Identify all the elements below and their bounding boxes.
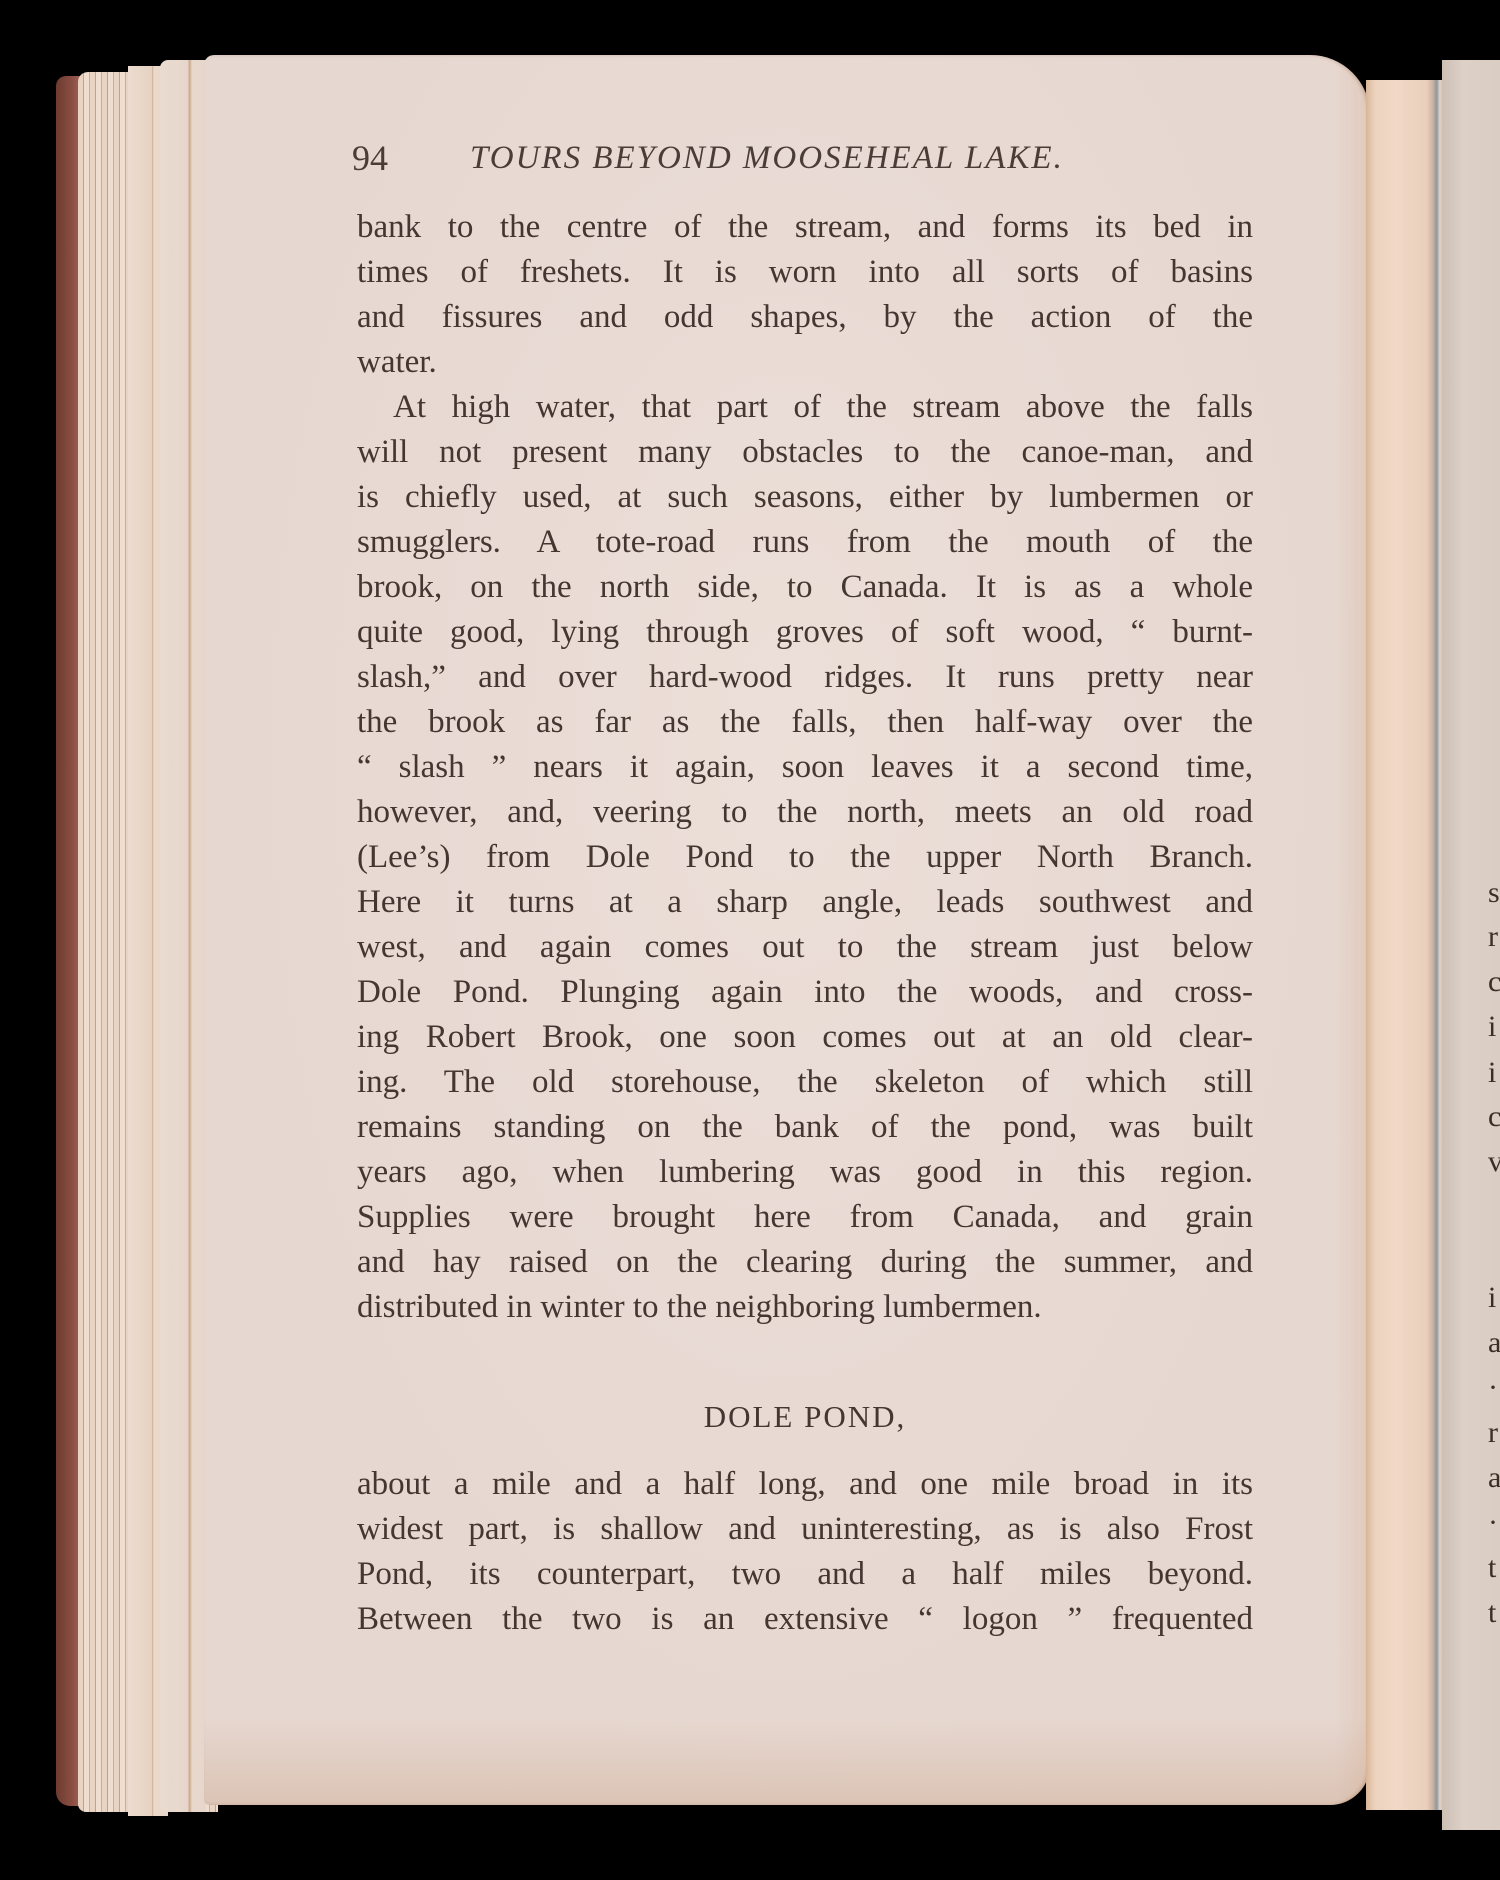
facing-page-letter-fragments: s r c i i c v i a · r a · t t — [1488, 0, 1500, 1880]
text-line: slash,” and over hard-wood ridges. It ru… — [357, 655, 1253, 700]
facing-letter: r — [1488, 922, 1498, 952]
facing-letter: s — [1488, 878, 1500, 908]
running-head: 94 TOURS BEYOND MOOSEHEAL LAKE. — [352, 136, 1252, 180]
section-heading: DOLE POND, — [357, 1395, 1253, 1439]
text-line: widest part, is shallow and uninterestin… — [357, 1507, 1253, 1552]
text-line: will not present many obstacles to the c… — [357, 430, 1253, 475]
facing-letter: v — [1488, 1147, 1500, 1177]
text-line: times of freshets. It is worn into all s… — [357, 250, 1253, 295]
page-number: 94 — [352, 136, 388, 180]
facing-letter: r — [1488, 1418, 1498, 1448]
text-line: ing. The old storehouse, the skeleton of… — [357, 1060, 1253, 1105]
facing-letter: i — [1488, 1012, 1496, 1042]
running-title: TOURS BEYOND MOOSEHEAL LAKE. — [470, 136, 1064, 180]
text-line: is chiefly used, at such seasons, either… — [357, 475, 1253, 520]
facing-letter: c — [1488, 1102, 1500, 1132]
text-line: the brook as far as the falls, then half… — [357, 700, 1253, 745]
text-line: distributed in winter to the neighboring… — [357, 1285, 1253, 1330]
text-line: Here it turns at a sharp angle, leads so… — [357, 880, 1253, 925]
section-body-text: about a mile and a half long, and one mi… — [357, 1462, 1253, 1642]
text-line: years ago, when lumbering was good in th… — [357, 1150, 1253, 1195]
facing-letter: · — [1488, 1508, 1498, 1538]
text-line: brook, on the north side, to Canada. It … — [357, 565, 1253, 610]
text-line: (Lee’s) from Dole Pond to the upper Nort… — [357, 835, 1253, 880]
book-gutter — [1366, 80, 1442, 1810]
text-line: ing Robert Brook, one soon comes out at … — [357, 1015, 1253, 1060]
text-line: remains standing on the bank of the pond… — [357, 1105, 1253, 1150]
body-text: bank to the centre of the stream, and fo… — [357, 205, 1253, 1330]
text-line: and fissures and odd shapes, by the acti… — [357, 295, 1253, 340]
text-line: bank to the centre of the stream, and fo… — [357, 205, 1253, 250]
text-line: Between the two is an extensive “ logon … — [357, 1597, 1253, 1642]
facing-letter: · — [1488, 1373, 1498, 1403]
text-line: water. — [357, 340, 1253, 385]
facing-letter: t — [1488, 1598, 1496, 1628]
text-line: about a mile and a half long, and one mi… — [357, 1462, 1253, 1507]
text-line: smugglers. A tote-road runs from the mou… — [357, 520, 1253, 565]
text-line: quite good, lying through groves of soft… — [357, 610, 1253, 655]
facing-letter: c — [1488, 967, 1500, 997]
text-line: Supplies were brought here from Canada, … — [357, 1195, 1253, 1240]
text-line: Pond, its counterpart, two and a half mi… — [357, 1552, 1253, 1597]
facing-letter: i — [1488, 1283, 1496, 1313]
text-line: At high water, that part of the stream a… — [357, 385, 1253, 430]
text-line: Dole Pond. Plunging again into the woods… — [357, 970, 1253, 1015]
facing-letter: i — [1488, 1058, 1496, 1088]
text-line: and hay raised on the clearing during th… — [357, 1240, 1253, 1285]
text-line: however, and, veering to the north, meet… — [357, 790, 1253, 835]
facing-letter: t — [1488, 1553, 1496, 1583]
text-line: west, and again comes out to the stream … — [357, 925, 1253, 970]
page-stack-edge-inner — [160, 60, 206, 1812]
facing-letter: a — [1488, 1328, 1500, 1358]
facing-letter: a — [1488, 1463, 1500, 1493]
text-line: “ slash ” nears it again, soon leaves it… — [357, 745, 1253, 790]
